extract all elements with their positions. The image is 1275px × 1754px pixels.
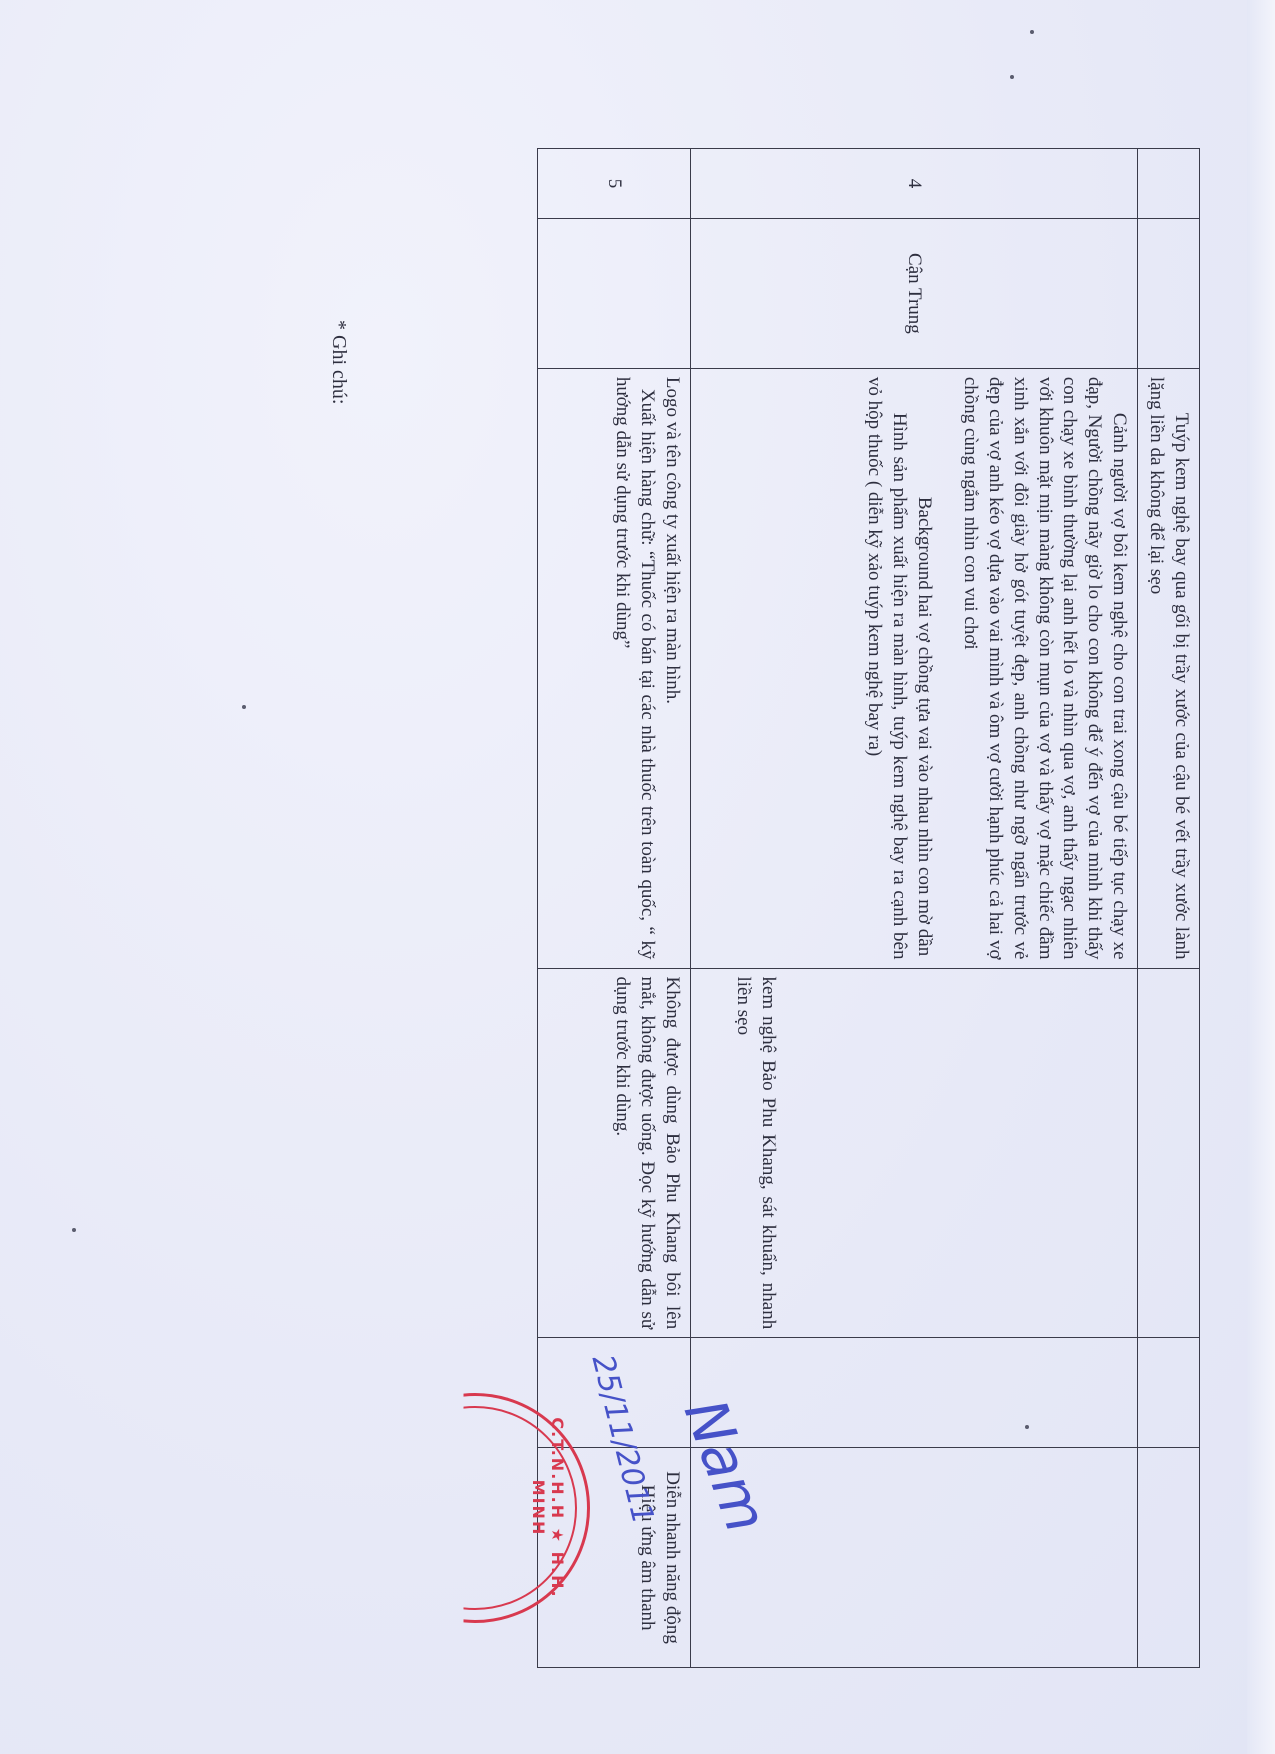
cell-shot <box>537 218 690 368</box>
cell-shot <box>1137 218 1199 368</box>
scan-speck <box>1025 1425 1029 1429</box>
cell-no: 5 <box>537 149 690 219</box>
cell-time <box>690 1338 1137 1448</box>
cell-shot: Cận Trung <box>690 218 1137 368</box>
content-paragraph: Cảnh người vợ bôi kem nghệ cho con trai … <box>958 377 1131 960</box>
stamp-text: C.T.N.H.H ★ H.H. MINH <box>529 1396 567 1620</box>
scan-speck <box>1030 30 1034 34</box>
table-row: Tuýp kem nghệ bay qua gối bị trầy xước c… <box>1137 149 1199 1668</box>
cell-content: Logo và tên công ty xuất hiện ra màn hìn… <box>537 368 690 968</box>
content-paragraph: Background hai vợ chồng tựa vai vào nhau… <box>911 377 936 960</box>
table-row: 4 Cận Trung Cảnh người vợ bôi kem nghệ c… <box>690 149 1137 1668</box>
scan-speck <box>1010 75 1014 79</box>
cell-no: 4 <box>690 149 1137 219</box>
cell-no <box>1137 149 1199 219</box>
cell-content: Tuýp kem nghệ bay qua gối bị trầy xước c… <box>1137 368 1199 968</box>
content-paragraph: Logo và tên công ty xuất hiện ra màn hìn… <box>659 377 684 960</box>
cell-time <box>1137 1338 1199 1448</box>
cell-voice: kem nghệ Bảo Phu Khang, sát khuẩn, nhanh… <box>690 968 1137 1338</box>
cell-voice <box>1137 968 1199 1338</box>
scan-speck <box>242 705 246 709</box>
cell-voice: Không được dùng Bảo Phu Khang bôi lên mắ… <box>537 968 690 1338</box>
cell-content: Cảnh người vợ bôi kem nghệ cho con trai … <box>690 368 1137 968</box>
paper-edge <box>1247 0 1275 1754</box>
cell-effects <box>1137 1448 1199 1668</box>
note-label: * Ghi chú: <box>327 320 350 404</box>
rotated-content: Tuýp kem nghệ bay qua gối bị trầy xước c… <box>410 148 1200 1668</box>
content-paragraph: Hình sản phẩm xuất hiện ra màn hình, tuý… <box>862 377 911 960</box>
content-paragraph: Xuất hiện hàng chữ: “Thuốc có bán tại cá… <box>610 377 659 960</box>
scan-speck <box>72 1228 76 1232</box>
